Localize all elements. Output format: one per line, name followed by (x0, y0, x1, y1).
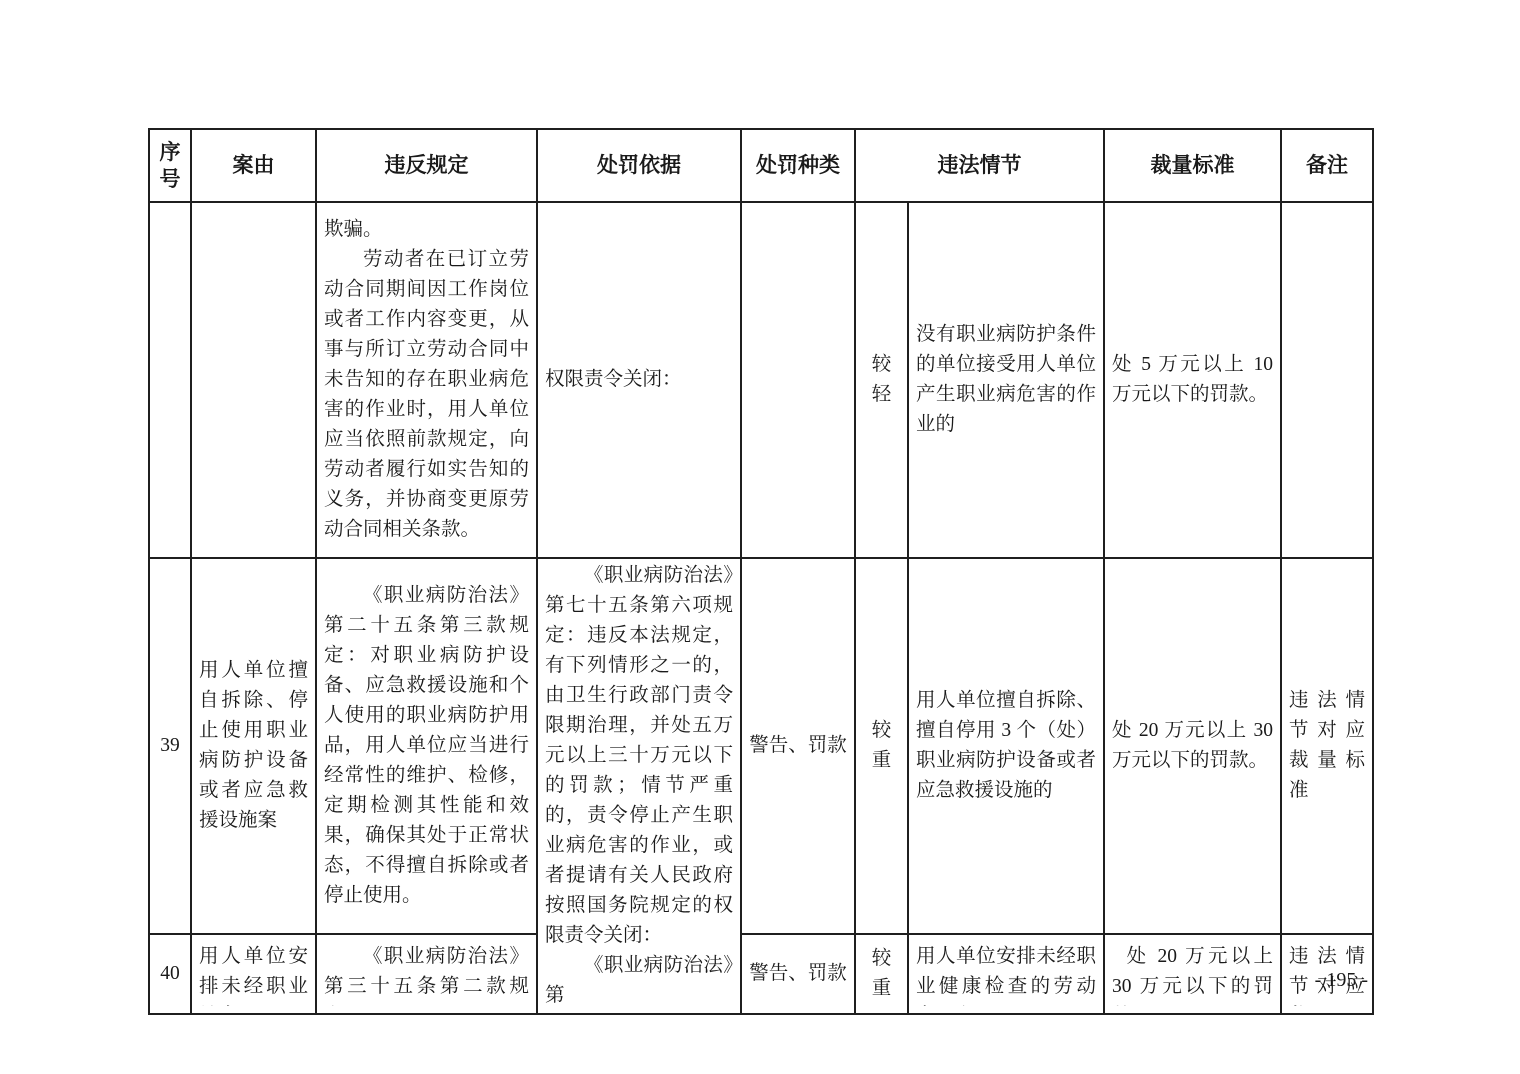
table-row-39: 39 用人单位擅自拆除、停止使用职业病防护设备或者应急救援设施案 《职业病防治法… (149, 558, 1373, 934)
header-penalty-type: 处罚种类 (741, 129, 855, 202)
cell-penalty-basis-39-40-merged: 《职业病防治法》第七十五条第六项规定：违反本法规定，有下列情形之一的，由卫生行政… (537, 558, 741, 1014)
table-row-38-continuation: 欺骗。 劳动者在已订立劳动合同期间因工作岗位或者工作内容变更，从事与所订立劳动合… (149, 202, 1373, 558)
cell-grade-cont: 较轻 (855, 202, 908, 558)
page-number: - 195 - (1315, 966, 1368, 994)
violation-40-clip: 《职业病防治法》第三十五条第二款规定：用 (324, 942, 529, 1006)
header-remarks: 备注 (1281, 129, 1373, 202)
cell-remark-39: 违法情节对应裁量标准 (1281, 558, 1373, 934)
cell-circumstance-39: 用人单位擅自拆除、擅自停用 3 个（处）职业病防护设备或者应急救援设施的 (908, 558, 1104, 934)
cell-penalty-type-39: 警告、罚款 (741, 558, 855, 934)
violation-40-text: 《职业病防治法》第三十五条第二款规定：用 (324, 942, 529, 1006)
header-standard: 裁量标准 (1104, 129, 1281, 202)
header-circumstances: 违法情节 (855, 129, 1104, 202)
violation-39-text: 《职业病防治法》第二十五条第三款规定：对职业病防护设备、应急救援设施和个人使用的… (324, 581, 529, 911)
table-row-40: 40 用人单位安排未经职业健康 《职业病防治法》第三十五条第二款规定：用 警告、… (149, 934, 1373, 1014)
cell-remark-cont (1281, 202, 1373, 558)
case-40-clip: 用人单位安排未经职业健康 (199, 942, 308, 1006)
cell-circumstance-cont: 没有职业病防护条件的单位接受用人单位产生职业病危害的作业的 (908, 202, 1104, 558)
circumstance-40-text: 用人单位安排未经职业健康检查的劳动者、有 (916, 942, 1096, 1006)
cell-violation-cont: 欺骗。 劳动者在已订立劳动合同期间因工作岗位或者工作内容变更，从事与所订立劳动合… (316, 202, 537, 558)
header-col-no: 序号 (149, 129, 191, 202)
violation-cont-paragraph-2: 劳动者在已订立劳动合同期间因工作岗位或者工作内容变更，从事与所订立劳动合同中未告… (324, 245, 529, 545)
cell-case-39: 用人单位擅自拆除、停止使用职业病防护设备或者应急救援设施案 (191, 558, 316, 934)
cell-penalty-type-40: 警告、罚款 (741, 934, 855, 1014)
cell-penalty-type-cont (741, 202, 855, 558)
cell-no-39: 39 (149, 558, 191, 934)
cell-circumstance-40: 用人单位安排未经职业健康检查的劳动者、有 (908, 934, 1104, 1014)
cell-grade-40: 较重 (855, 934, 908, 1014)
cell-standard-40: 处 20 万元以上 30 万元以下的罚款。 (1104, 934, 1281, 1014)
penalty-basis-cont-text: 权限责令关闭： (545, 365, 733, 395)
cell-violation-39: 《职业病防治法》第二十五条第三款规定：对职业病防护设备、应急救援设施和个人使用的… (316, 558, 537, 934)
cell-standard-cont: 处 5 万元以上 10 万元以下的罚款。 (1104, 202, 1281, 558)
cell-case-cont (191, 202, 316, 558)
cell-no-40: 40 (149, 934, 191, 1014)
standard-40-text: 处 20 万元以上 30 万元以下的罚款。 (1112, 942, 1273, 1006)
table-header-row: 序号 案由 违反规定 处罚依据 处罚种类 违法情节 裁量标准 备注 (149, 129, 1373, 202)
penalty-basis-39-text: 《职业病防治法》第七十五条第六项规定：违反本法规定，有下列情形之一的，由卫生行政… (545, 561, 733, 951)
case-40-text: 用人单位安排未经职业健康 (199, 942, 308, 1006)
penalty-basis-40-start-text: 《职业病防治法》第 (545, 951, 733, 1011)
cell-penalty-basis-cont: 权限责令关闭： (537, 202, 741, 558)
penalty-discretion-table: 序号 案由 违反规定 处罚依据 处罚种类 违法情节 裁量标准 备注 欺骗。 劳动… (148, 128, 1374, 1015)
header-violation: 违反规定 (316, 129, 537, 202)
violation-cont-paragraph-1: 欺骗。 (324, 215, 529, 245)
header-penalty-basis: 处罚依据 (537, 129, 741, 202)
cell-case-40: 用人单位安排未经职业健康 (191, 934, 316, 1014)
document-page: 序号 案由 违反规定 处罚依据 处罚种类 违法情节 裁量标准 备注 欺骗。 劳动… (0, 0, 1520, 1074)
cell-violation-40: 《职业病防治法》第三十五条第二款规定：用 (316, 934, 537, 1014)
standard-40-clip: 处 20 万元以上 30 万元以下的罚款。 (1112, 942, 1273, 1006)
circumstance-40-clip: 用人单位安排未经职业健康检查的劳动者、有 (916, 942, 1096, 1006)
cell-no-cont (149, 202, 191, 558)
header-case: 案由 (191, 129, 316, 202)
cell-standard-39: 处 20 万元以上 30 万元以下的罚款。 (1104, 558, 1281, 934)
cell-grade-39: 较重 (855, 558, 908, 934)
